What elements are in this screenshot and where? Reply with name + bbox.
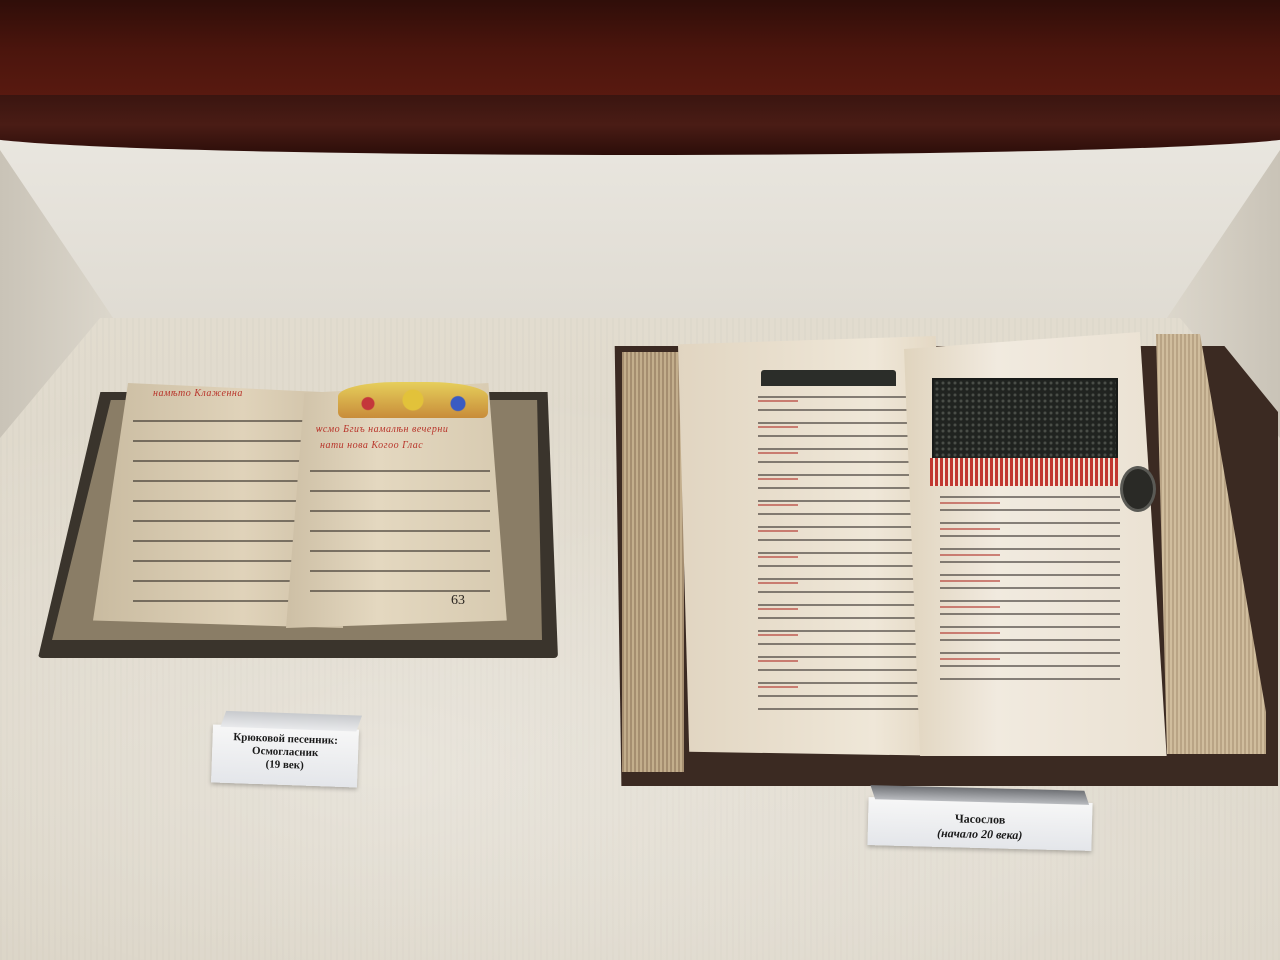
rubrics (758, 400, 798, 700)
wooden-lid-rim (0, 95, 1280, 155)
case-back-panel (0, 140, 1280, 330)
ornamental-medallion (1120, 466, 1156, 512)
page-number: 63 (451, 593, 465, 609)
vyaz-headline (930, 458, 1118, 486)
illuminated-headpiece (338, 382, 488, 418)
book-page-edges-left (622, 352, 684, 772)
page-subheading: нати нова Когоо Глас (320, 440, 423, 451)
page-heading: намѣто Клаженна (153, 388, 243, 399)
rubrics (940, 502, 1000, 682)
ornamental-headpiece-small (761, 370, 896, 386)
display-case-scene: намѣто Клаженна ѡсмо Бгиъ намалѣн вечерн… (0, 0, 1280, 960)
page-heading: ѡсмо Бгиъ намалѣн вечерни (316, 424, 448, 435)
ornamental-headpiece-large (932, 378, 1118, 466)
book-chasoslov (608, 326, 1278, 786)
book-osmoglasnik: намѣто Клаженна ѡсмо Бгиъ намалѣн вечерн… (38, 378, 558, 658)
exhibit-label-chasoslov: Часослов (начало 20 века) (867, 797, 1092, 851)
exhibit-label-osmoglasnik: Крюковой песенник: Осмогласник (19 век) (211, 724, 359, 787)
neume-notation (310, 458, 490, 608)
